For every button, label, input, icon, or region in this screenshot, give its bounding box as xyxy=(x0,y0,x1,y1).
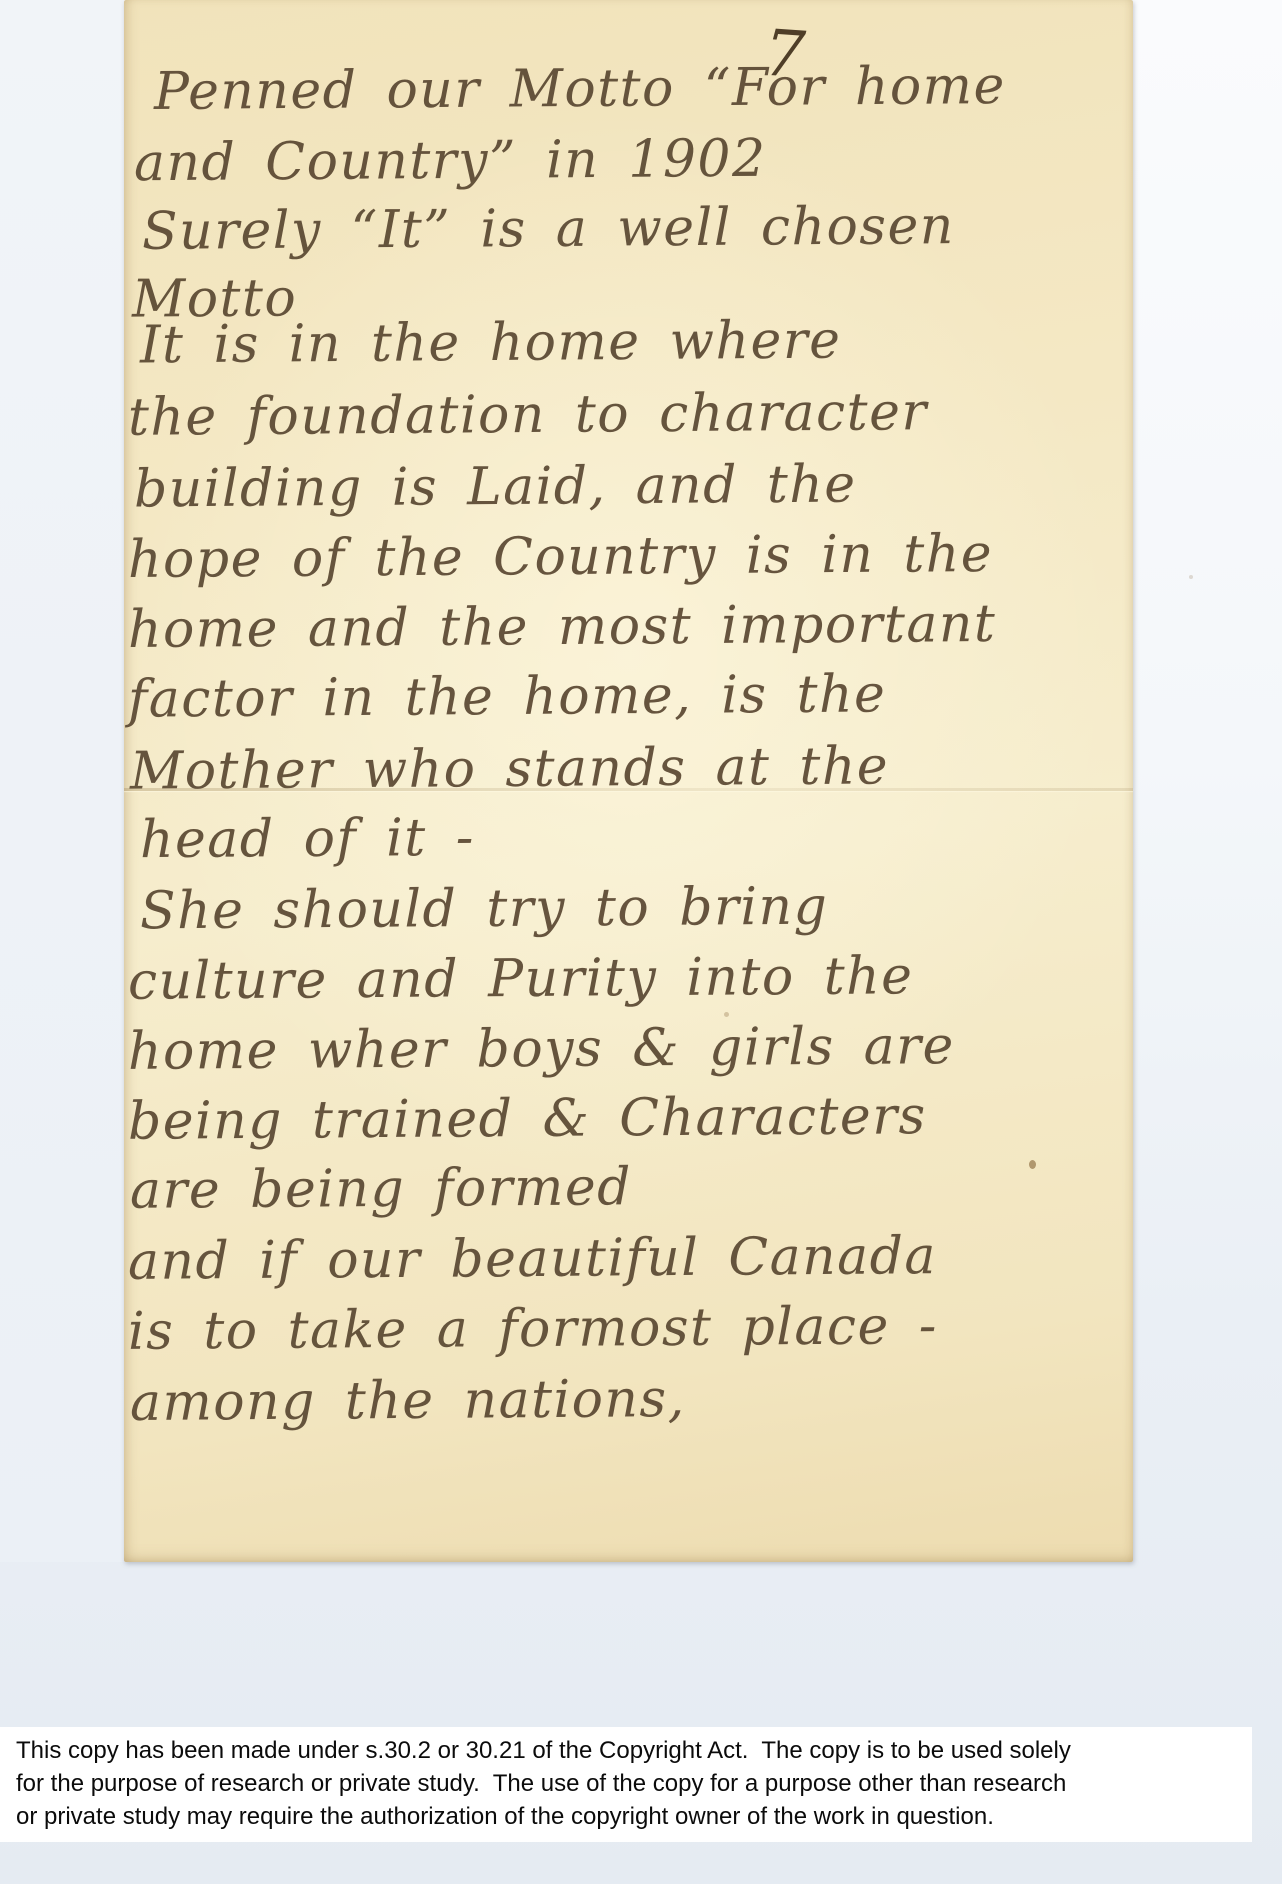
handwriting-line: factor in the home, is the xyxy=(128,667,887,727)
paper-speck xyxy=(1029,1160,1036,1169)
handwriting-line: and Country” in 1902 xyxy=(134,132,767,191)
handwriting-line: and if our beautiful Canada xyxy=(128,1229,937,1289)
paper-speck xyxy=(724,1012,729,1017)
handwriting-line: Mother who stands at the xyxy=(130,739,889,799)
handwriting-line: Penned our Motto “For home xyxy=(154,59,1006,120)
handwriting-line: hope of the Country is in the xyxy=(128,527,993,588)
handwriting-line: is to take a formost place - xyxy=(128,1299,938,1359)
paper-sheet: 7 Penned our Motto “For home and Country… xyxy=(124,0,1133,1562)
copyright-notice: This copy has been made under s.30.2 or … xyxy=(0,1727,1252,1842)
handwriting-line: home and the most important xyxy=(128,597,997,658)
handwriting-line: It is in the home where xyxy=(140,314,842,373)
paper-speck xyxy=(1189,575,1193,579)
handwriting-line: the foundation to character xyxy=(128,385,928,445)
handwriting-line: She should try to bring xyxy=(140,880,829,939)
handwriting-line: Surely “It” is a well chosen xyxy=(142,199,955,259)
copyright-notice-line: or private study may require the authori… xyxy=(16,1800,1252,1833)
handwriting-line: home wher boys & girls are xyxy=(128,1019,955,1079)
handwriting-line: building is Laid, and the xyxy=(134,457,857,517)
copyright-notice-line: This copy has been made under s.30.2 or … xyxy=(16,1734,1252,1767)
copyright-notice-line: for the purpose of research or private s… xyxy=(16,1767,1252,1800)
scanned-document: 7 Penned our Motto “For home and Country… xyxy=(0,0,1282,1884)
handwriting-line: head of it - xyxy=(140,811,475,868)
handwriting-line: among the nations, xyxy=(130,1372,686,1430)
handwriting-line: are being formed xyxy=(130,1160,632,1218)
handwriting-line: culture and Purity into the xyxy=(128,949,914,1009)
handwriting-line: being trained & Characters xyxy=(128,1089,927,1149)
